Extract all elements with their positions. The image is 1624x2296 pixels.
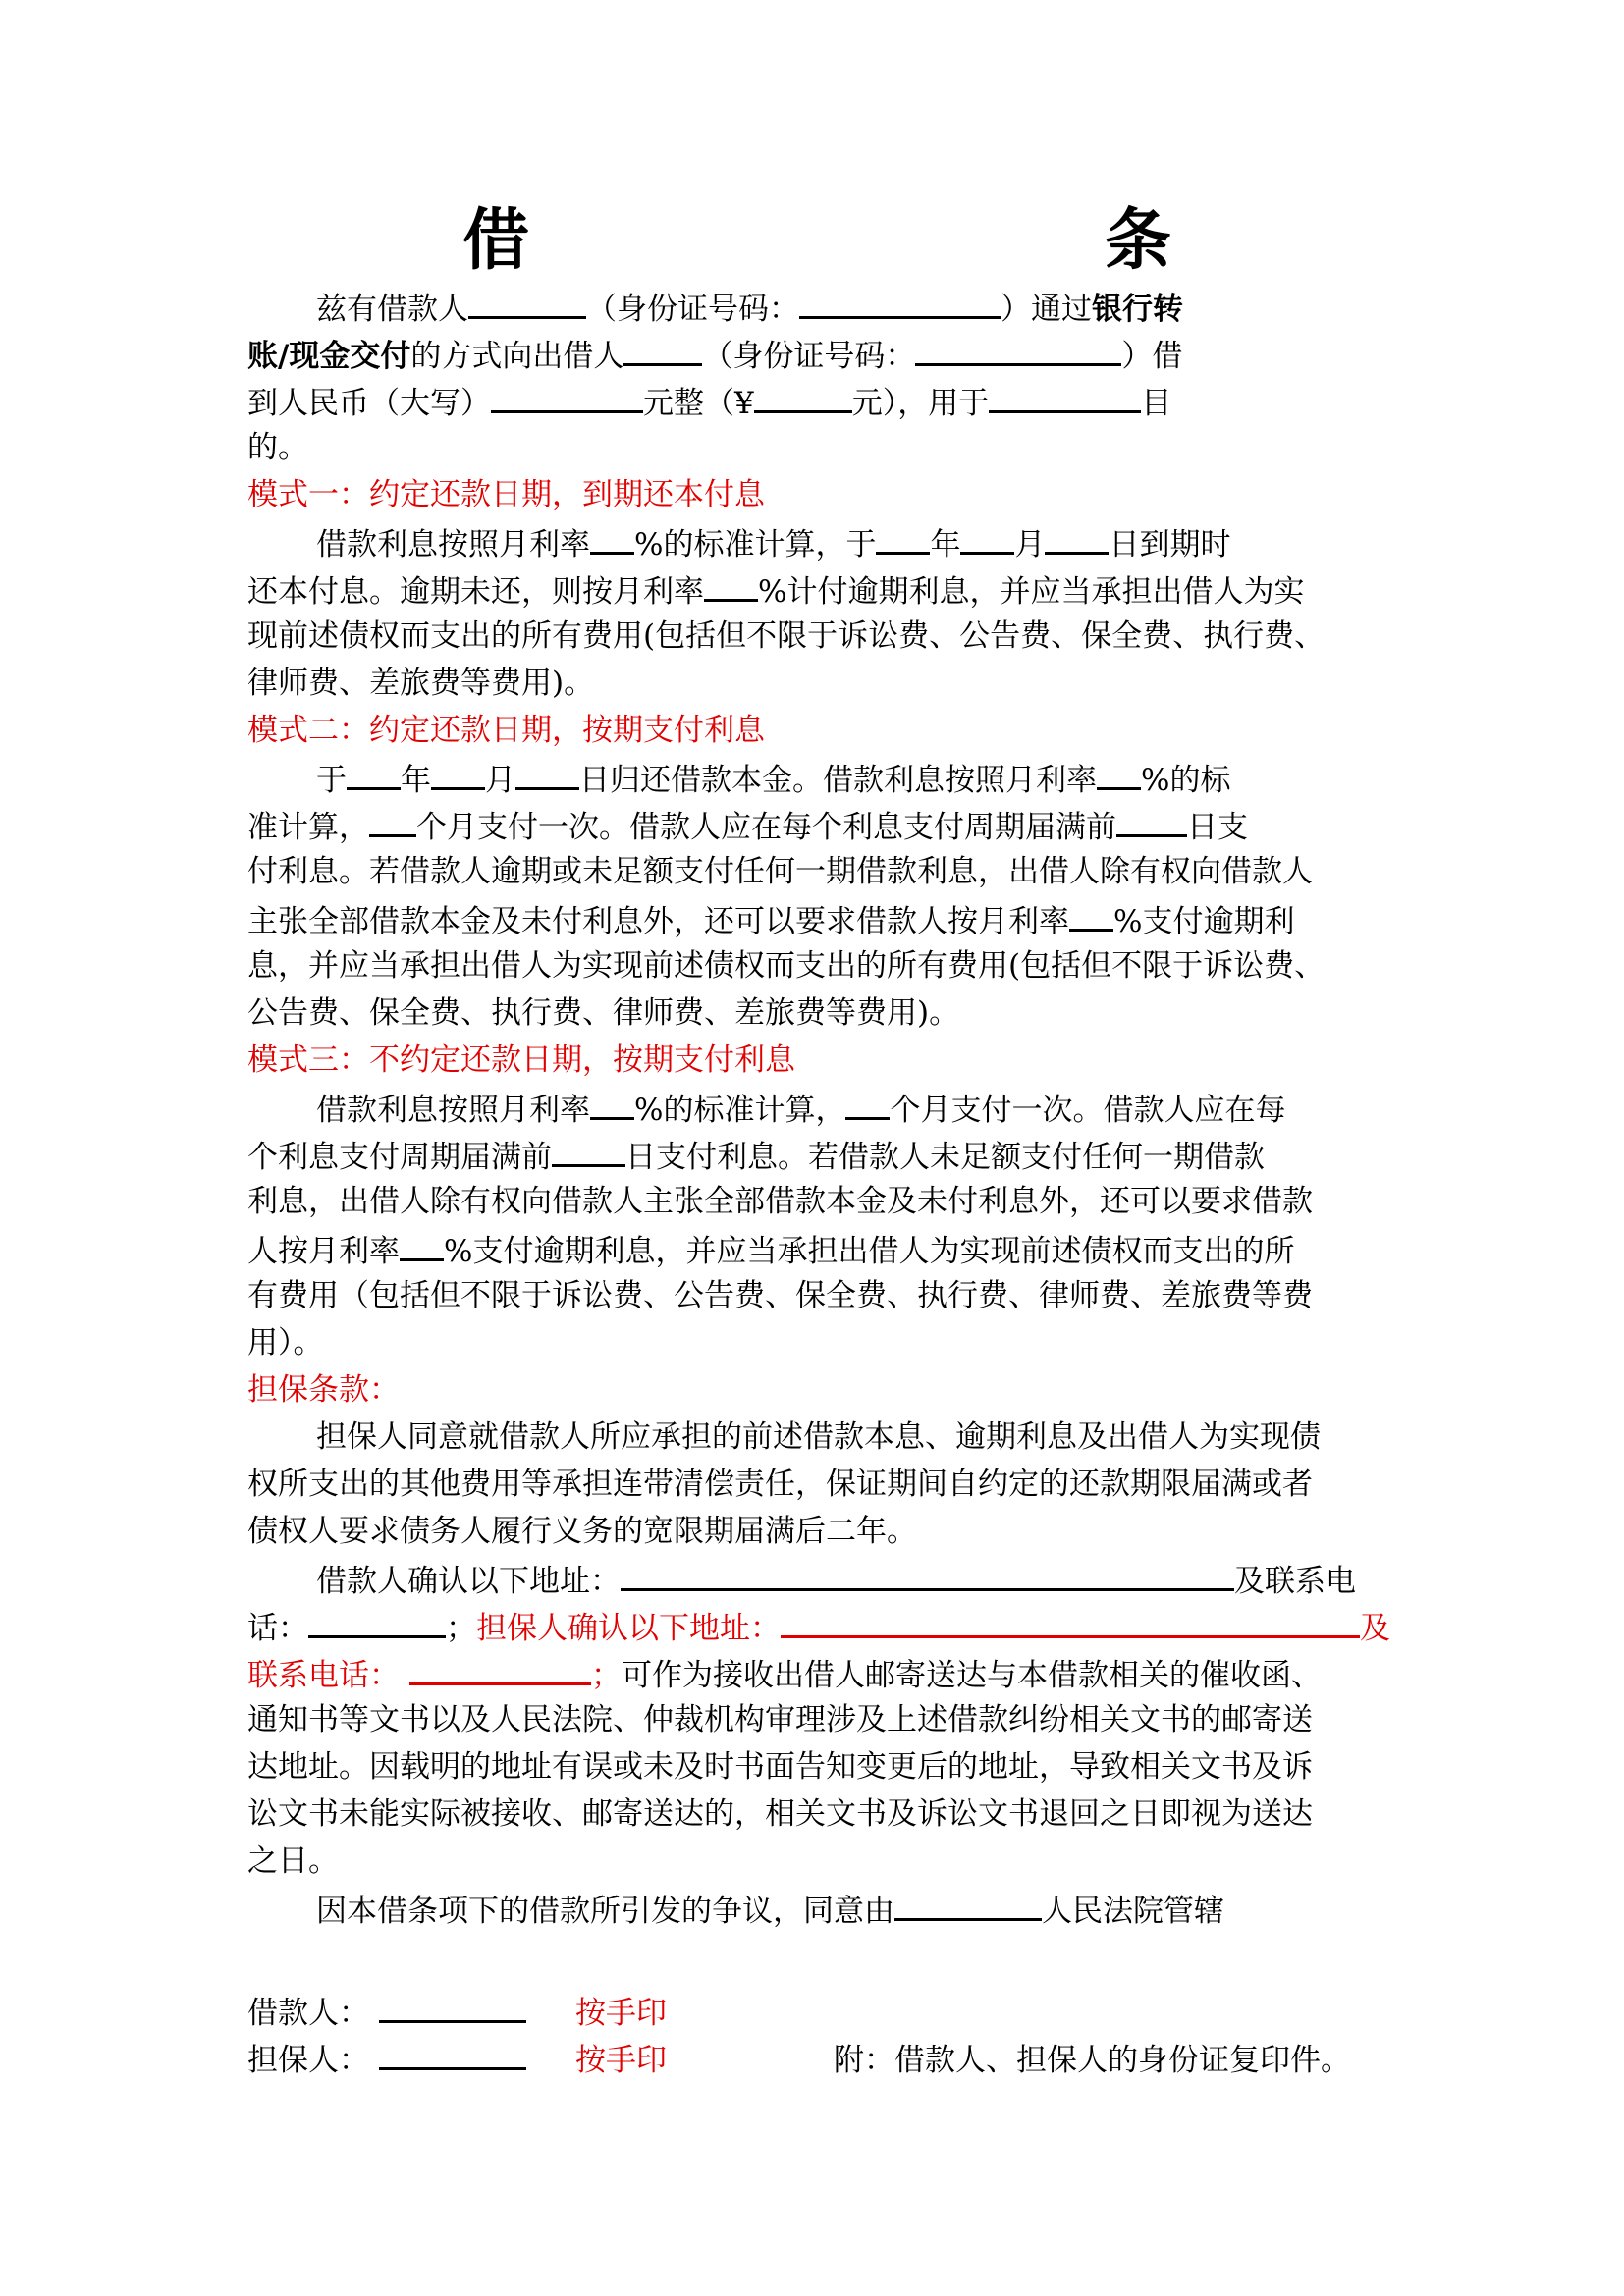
days-before-blank[interactable]	[552, 1135, 625, 1167]
text: （身份证号码：	[586, 292, 799, 327]
intro-line-1: 兹有借款人（身份证号码：）通过银行转	[247, 287, 1455, 329]
mode3-line-2: 个利息支付周期届满前日支付利息。若借款人未足额支付任何一期借款	[247, 1135, 1386, 1177]
text: 到人民币（大写）	[247, 386, 491, 421]
text: 人按月利率	[247, 1234, 400, 1269]
intro-line-3: 到人民币（大写）元整（¥元），用于目	[247, 381, 1386, 423]
text: %计付逾期利息，并应当承担出借人为实	[758, 574, 1304, 610]
text: 个月支付一次。借款人应在每	[890, 1093, 1285, 1128]
period-months-blank[interactable]	[369, 805, 416, 837]
guarantee-line-2: 权所支出的其他费用等承担连带清偿责任，保证期间自约定的还款期限届满或者	[247, 1465, 1386, 1504]
text: 日到期时	[1109, 527, 1230, 562]
text: 准计算，	[247, 810, 369, 845]
text: %的标	[1141, 763, 1230, 798]
guarantor-phone-blank[interactable]	[409, 1653, 591, 1685]
text: ；	[591, 1658, 622, 1693]
fingerprint-label: 按手印	[575, 1996, 667, 2031]
fingerprint-label: 按手印	[575, 2043, 667, 2078]
mode1-line-3: 现前述债权而支出的所有费用(包括但不限于诉讼费、公告费、保全费、执行费、	[247, 616, 1386, 656]
guarantor-label: 担保人：	[247, 2043, 369, 2078]
mode1-line-4: 律师费、差旅费等费用)。	[247, 664, 1386, 703]
text: 个利息支付周期届满前	[247, 1140, 552, 1175]
text: %的标准计算，	[634, 1093, 845, 1128]
text: （身份证号码：	[702, 339, 915, 374]
borrower-signature-blank[interactable]	[379, 1991, 526, 2023]
month-blank[interactable]	[431, 758, 485, 790]
text: 话：	[247, 1611, 308, 1646]
year-blank[interactable]	[347, 758, 401, 790]
text: 的方式向出借人	[410, 339, 623, 374]
text: 还本付息。逾期未还，则按月利率	[247, 574, 704, 610]
day-blank[interactable]	[1045, 522, 1109, 555]
text: 目	[1141, 386, 1171, 421]
monthly-rate-blank[interactable]	[1097, 758, 1141, 790]
text: %支付逾期利息，并应当承担出借人为实现前述债权而支出的所	[444, 1234, 1294, 1269]
text: ）借	[1121, 339, 1182, 374]
text: 元），用于	[852, 386, 990, 421]
monthly-rate-blank[interactable]	[590, 522, 634, 555]
text: 可作为接收出借人邮寄送达与本借款相关的催收函、	[622, 1658, 1322, 1693]
jurisdiction-line: 因本借条项下的借款所引发的争议，同意由人民法院管辖	[247, 1889, 1455, 1931]
guarantor-signature-row: 担保人：按手印附：借款人、担保人的身份证复印件。	[247, 2038, 1386, 2080]
mode3-line-1: 借款利息按照月利率%的标准计算，个月支付一次。借款人应在每	[247, 1088, 1455, 1130]
guarantor-signature-blank[interactable]	[379, 2038, 526, 2070]
text: 年	[930, 527, 960, 562]
mode1-heading: 模式一：约定还款日期，到期还本付息	[247, 475, 1386, 514]
text: 日支付利息。若借款人未足额支付任何一期借款	[625, 1140, 1265, 1175]
lender-id-blank[interactable]	[915, 334, 1121, 366]
text: ）通过	[1001, 292, 1092, 327]
day-blank[interactable]	[515, 758, 579, 790]
payment-method-text: 账/现金交付	[247, 339, 410, 374]
mode3-line-6: 用）。	[247, 1323, 1386, 1362]
borrower-name-blank[interactable]	[468, 287, 586, 319]
mode3-line-3: 利息，出借人除有权向借款人主张全部借款本金及未付利息外，还可以要求借款	[247, 1182, 1386, 1221]
court-blank[interactable]	[894, 1889, 1042, 1921]
text: ；	[446, 1611, 476, 1646]
borrower-signature-row: 借款人：按手印	[247, 1991, 1386, 2033]
mode2-heading: 模式二：约定还款日期，按期支付利息	[247, 711, 1386, 750]
mode1-line-1: 借款利息按照月利率%的标准计算，于年月日到期时	[247, 522, 1455, 564]
address-line-6: 讼文书未能实际被接收、邮寄送达的，相关文书及诉讼文书退回之日即视为送达	[247, 1794, 1386, 1834]
text: %支付逾期利	[1113, 904, 1294, 939]
text: 月	[485, 763, 515, 798]
payment-method-text: 银行转	[1092, 292, 1183, 327]
address-line-7: 之日。	[247, 1842, 1386, 1881]
text: 及	[1360, 1611, 1390, 1646]
address-line-1: 借款人确认以下地址：及联系电	[247, 1559, 1455, 1601]
period-months-blank[interactable]	[845, 1088, 890, 1120]
mode2-line-6: 公告费、保全费、执行费、律师费、差旅费等费用)。	[247, 993, 1386, 1033]
text: 因本借条项下的借款所引发的争议，同意由	[316, 1894, 894, 1929]
text: %的标准计算，于	[634, 527, 876, 562]
mode3-heading: 模式三：不约定还款日期，按期支付利息	[247, 1041, 1386, 1080]
mode2-line-3: 付利息。若借款人逾期或未足额支付任何一期借款利息，出借人除有权向借款人	[247, 852, 1386, 891]
address-line-3: 联系电话：；可作为接收出借人邮寄送达与本借款相关的催收函、	[247, 1653, 1386, 1695]
address-line-4: 通知书等文书以及人民法院、仲裁机构审理涉及上述借款纠纷相关文书的邮寄送	[247, 1700, 1386, 1739]
borrower-label: 借款人：	[247, 1996, 369, 2031]
guarantee-line-1: 担保人同意就借款人所应承担的前述借款本息、逾期利息及出借人为实现债	[247, 1417, 1455, 1457]
year-blank[interactable]	[876, 522, 930, 555]
mode3-line-4: 人按月利率%支付逾期利息，并应当承担出借人为实现前述债权而支出的所	[247, 1229, 1386, 1271]
text: 元整（¥	[643, 386, 754, 421]
mode2-line-2: 准计算，个月支付一次。借款人应在每个利息支付周期届满前日支	[247, 805, 1386, 847]
intro-line-2: 账/现金交付的方式向出借人（身份证号码：）借	[247, 334, 1386, 376]
borrower-id-blank[interactable]	[799, 287, 1001, 319]
address-line-5: 达地址。因载明的地址有误或未及时书面告知变更后的地址，导致相关文书及诉	[247, 1747, 1386, 1787]
text: 借款利息按照月利率	[316, 527, 590, 562]
text: 主张全部借款本金及未付利息外，还可以要求借款人按月利率	[247, 904, 1069, 939]
text: 月	[1014, 527, 1045, 562]
text: 年	[401, 763, 431, 798]
text: 及联系电	[1234, 1564, 1356, 1599]
guarantee-heading: 担保条款：	[247, 1370, 1386, 1410]
mode3-line-5: 有费用（包括但不限于诉讼费、公告费、保全费、执行费、律师费、差旅费等费	[247, 1276, 1386, 1315]
amount-words-blank[interactable]	[491, 381, 643, 413]
text: 日支	[1187, 810, 1248, 845]
mode2-line-5: 息，并应当承担出借人为实现前述债权而支出的所有费用(包括但不限于诉讼费、	[247, 946, 1386, 986]
text: 人民法院管辖	[1042, 1894, 1224, 1929]
address-line-2: 话：；担保人确认以下地址：及	[247, 1606, 1386, 1648]
guarantor-phone-label: 联系电话：	[247, 1658, 400, 1693]
overdue-rate-blank[interactable]	[400, 1229, 444, 1261]
text: 借款利息按照月利率	[316, 1093, 590, 1128]
mode1-line-2: 还本付息。逾期未还，则按月利率%计付逾期利息，并应当承担出借人为实	[247, 569, 1386, 612]
overdue-rate-blank[interactable]	[704, 569, 758, 602]
lender-name-blank[interactable]	[623, 334, 702, 366]
guarantor-address-blank[interactable]	[781, 1606, 1360, 1638]
document-title: 借 条	[247, 201, 1386, 280]
attachment-note: 附：借款人、担保人的身份证复印件。	[834, 2043, 1351, 2078]
text: 借款人确认以下地址：	[316, 1564, 621, 1599]
purpose-blank[interactable]	[989, 381, 1141, 413]
mode2-line-4: 主张全部借款本金及未付利息外，还可以要求借款人按月利率%支付逾期利	[247, 899, 1386, 941]
text: 兹有借款人	[316, 292, 468, 327]
overdue-rate-blank[interactable]	[1069, 899, 1113, 932]
text: 个月支付一次。借款人应在每个利息支付周期届满前	[416, 810, 1116, 845]
intro-line-4: 的。	[247, 428, 1386, 467]
guarantee-line-3: 债权人要求债务人履行义务的宽限期届满后二年。	[247, 1512, 1386, 1551]
borrower-phone-blank[interactable]	[308, 1606, 446, 1638]
days-before-blank[interactable]	[1116, 805, 1187, 837]
amount-number-blank[interactable]	[754, 381, 852, 413]
borrower-address-blank[interactable]	[621, 1559, 1234, 1591]
guarantor-address-label: 担保人确认以下地址：	[476, 1611, 781, 1646]
mode2-line-1: 于年月日归还借款本金。借款利息按照月利率%的标	[247, 758, 1455, 800]
text: 日归还借款本金。借款利息按照月利率	[579, 763, 1097, 798]
text: 于	[316, 763, 347, 798]
month-blank[interactable]	[960, 522, 1014, 555]
monthly-rate-blank[interactable]	[590, 1088, 634, 1120]
